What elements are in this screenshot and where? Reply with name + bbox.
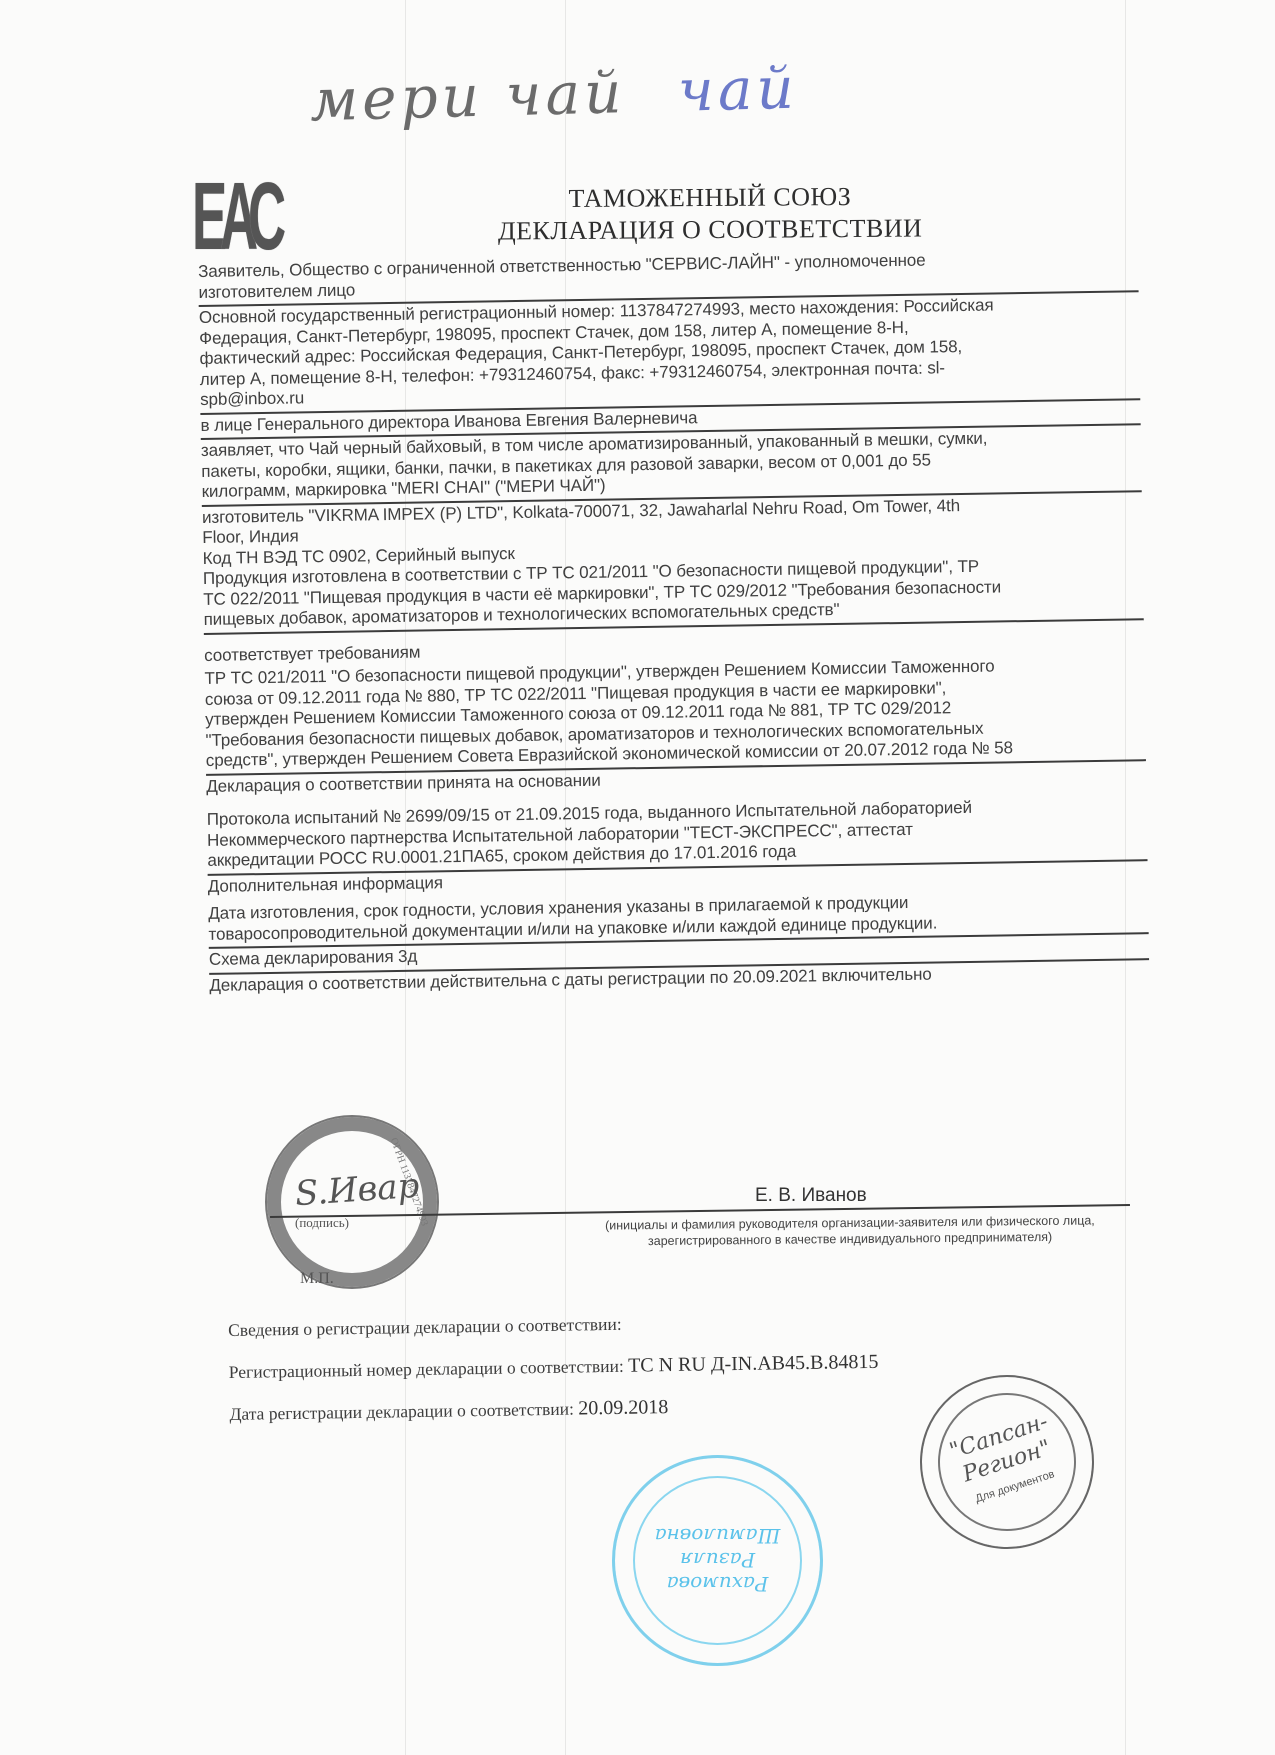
registration-heading: Сведения о регистрации декларации о соот… bbox=[228, 1306, 1128, 1340]
handwritten-note: мери чай чай bbox=[309, 54, 798, 135]
registration-number-value: ТС N RU Д-IN.АВ45.В.84815 bbox=[628, 1351, 879, 1377]
blue-seal-stamp: Рахимова Разиля Шамиловна bbox=[612, 1455, 823, 1666]
declaration-body: Заявитель, Общество с ограниченной ответ… bbox=[198, 247, 1149, 999]
title-line-1: ТАМОЖЕННЫЙ СОЮЗ bbox=[400, 180, 1020, 216]
registration-info-section: Основной государственный регистрационный… bbox=[199, 293, 1141, 414]
handwritten-text-grey: мери чай bbox=[309, 58, 626, 134]
conforms-section: ТР ТС 021/2011 "О безопасности пищевой п… bbox=[204, 654, 1146, 775]
signature-scribble: S.Ивар bbox=[294, 1166, 421, 1215]
declaration-page: мери чай чай EAC ТАМОЖЕННЫЙ СОЮЗ ДЕКЛАРА… bbox=[0, 0, 1275, 1755]
document-title: ТАМОЖЕННЫЙ СОЮЗ ДЕКЛАРАЦИЯ О СООТВЕТСТВИ… bbox=[400, 180, 1020, 248]
signer-caption: (инициалы и фамилия руководителя организ… bbox=[555, 1212, 1145, 1250]
registration-date-value: 20.09.2018 bbox=[578, 1396, 668, 1419]
title-line-2: ДЕКЛАРАЦИЯ О СООТВЕТСТВИИ bbox=[400, 212, 1020, 248]
manufacturer-section: изготовитель "VIKRMA IMPEX (P) LTD", Kol… bbox=[202, 493, 1144, 635]
signer-name: Е. В. Иванов bbox=[755, 1185, 867, 1207]
signature-block: S.Ивар (подпись) М.П. Е. В. Иванов (иниц… bbox=[200, 1145, 1160, 1305]
handwritten-text-blue: чай bbox=[677, 54, 799, 125]
signature-label: (подпись) bbox=[295, 1215, 349, 1231]
eac-logo-icon: EAC bbox=[192, 172, 252, 262]
seal-place-label: М.П. bbox=[300, 1270, 334, 1288]
